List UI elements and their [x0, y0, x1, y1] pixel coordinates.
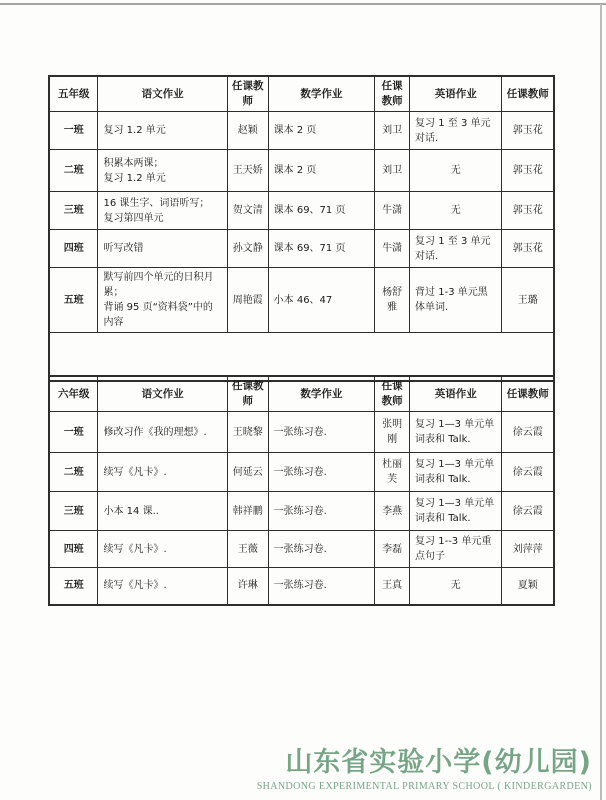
- english-homework: 复习 1—3 单元单词表和 Talk.: [410, 492, 502, 531]
- grade5-homework-table: 五年级语文作业任课教师数学作业任课教师英语作业任课教师 一班复习 1.2 单元赵…: [48, 75, 555, 382]
- empty-cell: [49, 333, 554, 381]
- english-teacher: 郭玉花: [502, 150, 554, 192]
- header-row: 五年级语文作业任课教师数学作业任课教师英语作业任课教师: [49, 76, 554, 112]
- column-header: 任课教师: [502, 376, 554, 412]
- class-label: 一班: [49, 112, 98, 150]
- column-header: 六年级: [49, 376, 98, 412]
- table-row: 二班续写《凡卡》.何延云一张练习卷.杜丽芙复习 1—3 单元单词表和 Talk.…: [49, 453, 554, 492]
- chinese-teacher: 孙文静: [227, 230, 268, 268]
- english-homework: 复习 1--3 单元重点句子: [410, 531, 502, 568]
- chinese-teacher: 贺文清: [227, 192, 268, 230]
- english-homework: 复习 1—3 单元单词表和 Talk.: [410, 412, 502, 453]
- math-teacher: 李燕: [375, 492, 410, 531]
- chinese-homework: 积累本两课； 复习 1.2 单元: [98, 150, 227, 192]
- chinese-teacher: 赵颖: [227, 112, 268, 150]
- page-right-edge-line: [600, 4, 602, 800]
- chinese-homework: 复习 1.2 单元: [98, 112, 227, 150]
- english-teacher: 徐云霞: [502, 453, 554, 492]
- chinese-homework: 16 课生字、词语听写； 复习第四单元: [98, 192, 227, 230]
- math-teacher: 杨舒雅: [375, 268, 410, 333]
- grade6-homework-table: 六年级语文作业任课教师数学作业任课教师英语作业任课教师 一班修改习作《我的理想》…: [48, 375, 555, 606]
- math-homework: 课本 2 页: [268, 150, 375, 192]
- math-homework: 一张练习卷.: [268, 453, 375, 492]
- table-row: 四班听写改错孙文静课本 69、71 页牛潇复习 1 至 3 单元对话.郭玉花: [49, 230, 554, 268]
- chinese-teacher: 何延云: [227, 453, 268, 492]
- school-logo-english: SHANDONG EXPERIMENTAL PRIMARY SCHOOL ( K…: [257, 781, 592, 792]
- math-teacher: 王真: [375, 568, 410, 605]
- chinese-homework: 续写《凡卡》.: [98, 531, 227, 568]
- chinese-homework: 默写前四个单元的日积月累； 背诵 95 页“资料袋”中的内容: [98, 268, 227, 333]
- math-homework: 一张练习卷.: [268, 531, 375, 568]
- column-header: 语文作业: [98, 76, 227, 112]
- english-teacher: 郭玉花: [502, 192, 554, 230]
- header-row: 六年级语文作业任课教师数学作业任课教师英语作业任课教师: [49, 376, 554, 412]
- class-label: 三班: [49, 192, 98, 230]
- math-teacher: 牛潇: [375, 192, 410, 230]
- page-top-edge-line: [0, 3, 606, 5]
- class-label: 四班: [49, 531, 98, 568]
- class-label: 五班: [49, 268, 98, 333]
- column-header: 数学作业: [268, 376, 375, 412]
- english-teacher: 徐云霞: [502, 492, 554, 531]
- grade6-table-header: 六年级语文作业任课教师数学作业任课教师英语作业任课教师: [49, 376, 554, 412]
- english-homework: 无: [410, 192, 502, 230]
- column-header: 英语作业: [410, 376, 502, 412]
- math-teacher: 刘卫: [375, 112, 410, 150]
- english-teacher: 徐云霞: [502, 412, 554, 453]
- math-homework: 一张练习卷.: [268, 412, 375, 453]
- column-header: 五年级: [49, 76, 98, 112]
- math-homework: 一张练习卷.: [268, 568, 375, 605]
- math-homework: 一张练习卷.: [268, 492, 375, 531]
- class-label: 五班: [49, 568, 98, 605]
- chinese-teacher: 王薇: [227, 531, 268, 568]
- table-row: 一班修改习作《我的理想》.王晓黎一张练习卷.张明刚复习 1—3 单元单词表和 T…: [49, 412, 554, 453]
- column-header: 数学作业: [268, 76, 375, 112]
- class-label: 四班: [49, 230, 98, 268]
- math-homework: 课本 69、71 页: [268, 230, 375, 268]
- grade5-table-header: 五年级语文作业任课教师数学作业任课教师英语作业任课教师: [49, 76, 554, 112]
- column-header: 任课教师: [375, 76, 410, 112]
- class-label: 三班: [49, 492, 98, 531]
- table-row: 五班续写《凡卡》.许琳一张练习卷.王真无夏颖: [49, 568, 554, 605]
- chinese-homework: 听写改错: [98, 230, 227, 268]
- english-homework: 复习 1 至 3 单元对话.: [410, 230, 502, 268]
- column-header: 语文作业: [98, 376, 227, 412]
- table-row: 三班16 课生字、词语听写； 复习第四单元贺文清课本 69、71 页牛潇无郭玉花: [49, 192, 554, 230]
- class-label: 二班: [49, 150, 98, 192]
- table-row: 二班积累本两课； 复习 1.2 单元王天娇课本 2 页刘卫无郭玉花: [49, 150, 554, 192]
- chinese-teacher: 韩祥鹏: [227, 492, 268, 531]
- chinese-teacher: 周艳霞: [227, 268, 268, 333]
- math-teacher: 张明刚: [375, 412, 410, 453]
- chinese-homework: 小本 14 课..: [98, 492, 227, 531]
- math-teacher: 刘卫: [375, 150, 410, 192]
- school-logo: 山东省实验小学(幼儿园) SHANDONG EXPERIMENTAL PRIMA…: [257, 747, 592, 792]
- column-header: 任课教师: [502, 76, 554, 112]
- column-header: 任课教师: [227, 376, 268, 412]
- math-teacher: 李磊: [375, 531, 410, 568]
- column-header: 英语作业: [410, 76, 502, 112]
- math-homework: 小本 46、47: [268, 268, 375, 333]
- english-teacher: 郭玉花: [502, 230, 554, 268]
- english-homework: 复习 1—3 单元单词表和 Talk.: [410, 453, 502, 492]
- class-label: 一班: [49, 412, 98, 453]
- chinese-homework: 修改习作《我的理想》.: [98, 412, 227, 453]
- english-homework: 背过 1-3 单元黑体单词.: [410, 268, 502, 333]
- math-teacher: 牛潇: [375, 230, 410, 268]
- table-row: 一班复习 1.2 单元赵颖课本 2 页刘卫复习 1 至 3 单元对话.郭玉花: [49, 112, 554, 150]
- chinese-teacher: 王天娇: [227, 150, 268, 192]
- math-homework: 课本 69、71 页: [268, 192, 375, 230]
- empty-row: [49, 333, 554, 381]
- table-row: 三班小本 14 课..韩祥鹏一张练习卷.李燕复习 1—3 单元单词表和 Talk…: [49, 492, 554, 531]
- chinese-teacher: 王晓黎: [227, 412, 268, 453]
- column-header: 任课教师: [375, 376, 410, 412]
- english-teacher: 王璐: [502, 268, 554, 333]
- english-homework: 复习 1 至 3 单元对话.: [410, 112, 502, 150]
- english-teacher: 郭玉花: [502, 112, 554, 150]
- chinese-teacher: 许琳: [227, 568, 268, 605]
- english-homework: 无: [410, 150, 502, 192]
- column-header: 任课教师: [227, 76, 268, 112]
- class-label: 二班: [49, 453, 98, 492]
- chinese-homework: 续写《凡卡》.: [98, 568, 227, 605]
- table-row: 五班默写前四个单元的日积月累； 背诵 95 页“资料袋”中的内容周艳霞小本 46…: [49, 268, 554, 333]
- english-homework: 无: [410, 568, 502, 605]
- english-teacher: 夏颖: [502, 568, 554, 605]
- math-homework: 课本 2 页: [268, 112, 375, 150]
- chinese-homework: 续写《凡卡》.: [98, 453, 227, 492]
- table-row: 四班续写《凡卡》.王薇一张练习卷.李磊复习 1--3 单元重点句子刘萍萍: [49, 531, 554, 568]
- school-logo-chinese: 山东省实验小学(幼儿园): [257, 747, 592, 779]
- english-teacher: 刘萍萍: [502, 531, 554, 568]
- math-teacher: 杜丽芙: [375, 453, 410, 492]
